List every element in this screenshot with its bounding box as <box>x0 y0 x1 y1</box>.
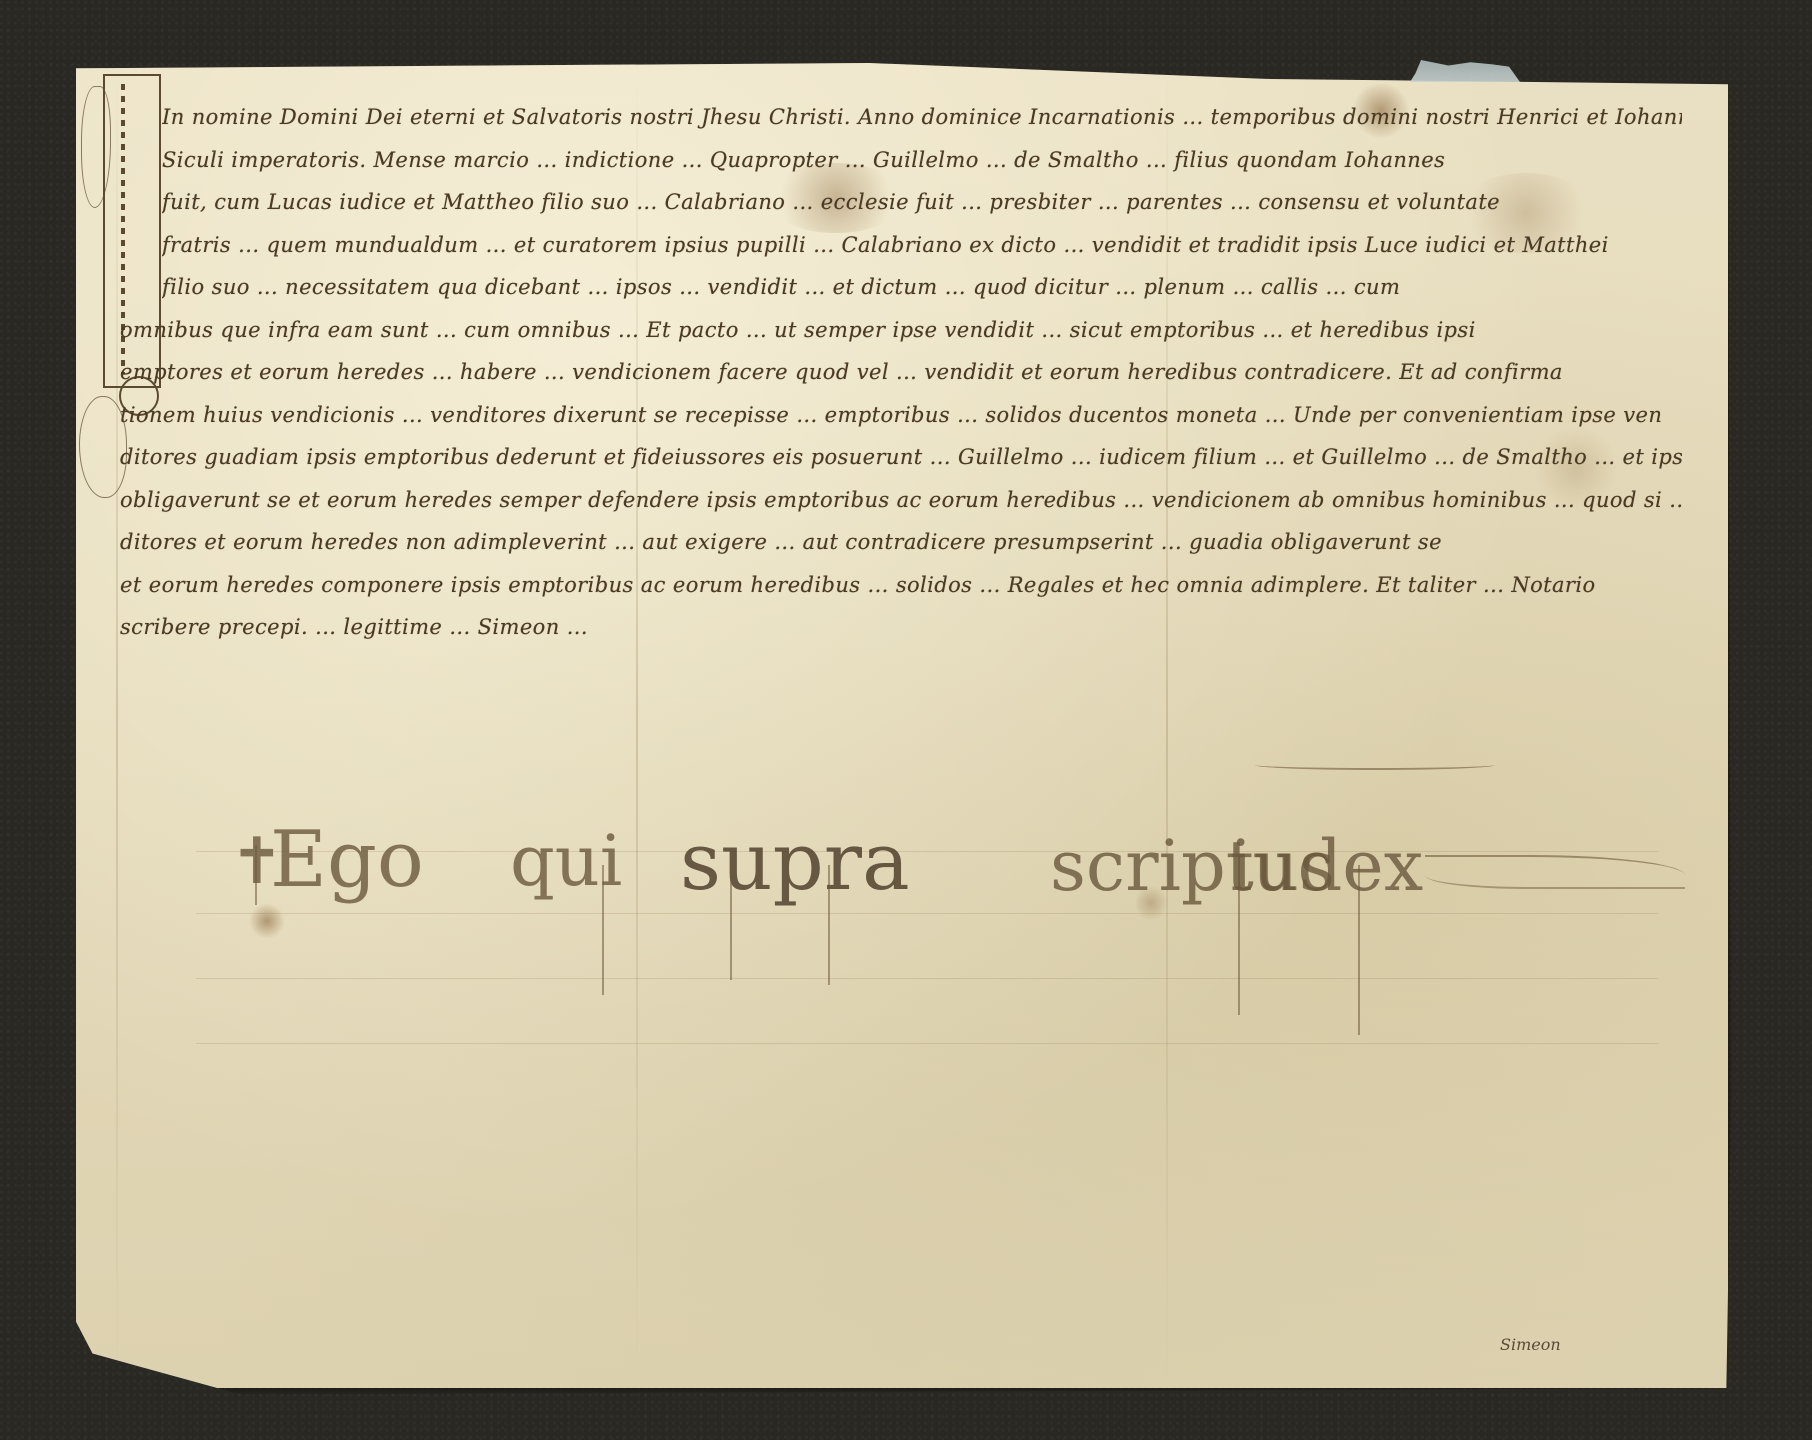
initial-vine-ornament <box>81 86 111 208</box>
paper-repair-tab <box>1410 60 1520 82</box>
text-line: Siculi imperatoris. Mense marcio ... ind… <box>162 139 1682 182</box>
text-line: filio suo ... necessitatem qua dicebant … <box>162 266 1682 309</box>
ruling-line <box>196 1043 1658 1044</box>
charter-text: In nomine Domini Dei eterni et Salvatori… <box>162 96 1682 649</box>
archival-note: Simeon <box>1500 1335 1561 1354</box>
descender-stroke <box>255 845 257 905</box>
text-line: fratris ... quem mundualdum ... et curat… <box>162 224 1682 267</box>
text-line: In nomine Domini Dei eterni et Salvatori… <box>162 96 1682 139</box>
descender-stroke <box>1358 865 1360 1035</box>
subscription-word: supra <box>680 815 910 908</box>
text-line: omnibus que infra eam sunt ... cum omnib… <box>120 309 1682 352</box>
subscription-word: iudex <box>1230 825 1423 907</box>
text-line: ditores et eorum heredes non adimpleveri… <box>120 521 1682 564</box>
text-line: fuit, cum Lucas iudice et Mattheo filio … <box>162 181 1682 224</box>
descender-stroke <box>730 860 732 980</box>
text-line: ditores guadiam ipsis emptoribus dederun… <box>120 436 1682 479</box>
descender-stroke <box>602 865 604 995</box>
text-line: obligaverunt se et eorum heredes semper … <box>120 479 1682 522</box>
judge-subscription: ✝ Ego qui supra scriptus iudex <box>230 805 1530 1005</box>
text-line: et eorum heredes componere ipsis emptori… <box>120 564 1682 607</box>
subscription-word: qui <box>510 820 622 902</box>
notary-flourish <box>1255 760 1495 770</box>
text-line: emptores et eorum heredes ... habere ...… <box>120 351 1682 394</box>
subscription-word: Ego <box>270 815 424 905</box>
text-line: scribere precepi. ... legittime ... Sime… <box>120 606 1682 649</box>
text-line: tionem huius vendicionis ... venditores … <box>120 394 1682 437</box>
descender-stroke <box>828 865 830 985</box>
descender-stroke <box>1238 855 1240 1015</box>
